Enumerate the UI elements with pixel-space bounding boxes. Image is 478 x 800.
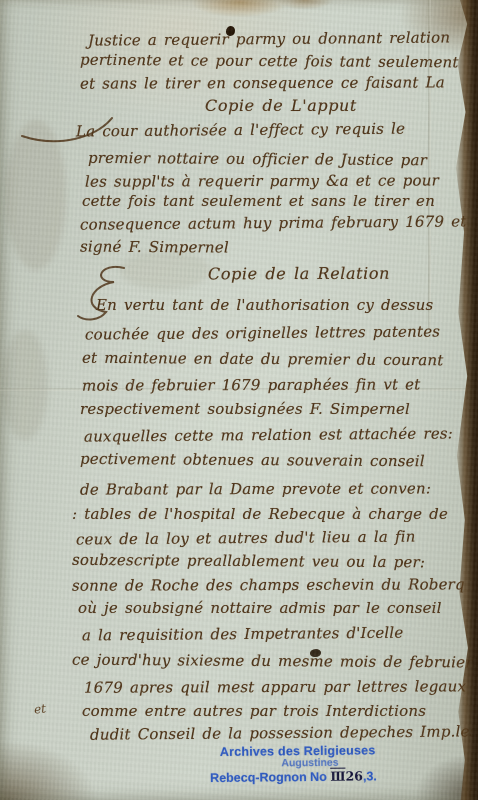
text-line: 1679 apres quil mest apparu par lettres … <box>84 677 466 696</box>
text-line: respectivement soubsignées F. Simpernel <box>80 400 410 418</box>
stamp-line-2: Augustines <box>210 756 410 770</box>
text-line: La cour authorisée a l'effect cy requis … <box>76 120 405 141</box>
text-line: et sans le tirer en consequence ce faisa… <box>80 73 445 92</box>
stamp-number-digits: 26 <box>345 768 363 783</box>
text-line: de Brabant par la Dame prevote et conven… <box>80 479 431 498</box>
text-line: mois de februier 1679 paraphées fin vt e… <box>82 375 421 394</box>
text-line: où je soubsigné nottaire admis par le co… <box>78 599 442 617</box>
text-line: premier nottaire ou officier de Justice … <box>88 149 427 169</box>
manuscript-scan: Justice a requerir parmy ou donnant rela… <box>0 0 478 800</box>
text-line: cette fois tant seulement et sans le tir… <box>82 192 435 210</box>
text-line: couchée que des originelles lettres pate… <box>85 322 440 343</box>
text-line: signé F. Simpernel <box>80 237 229 256</box>
text-line: sonne de Roche des champs eschevin du Ro… <box>72 575 465 594</box>
text-line: soubzescripte preallablement veu ou la p… <box>72 551 425 571</box>
stamp-line-3: Rebecq-Rognon No Ⅲ26,3. <box>210 768 410 785</box>
text-line: pectivement obtenues au souverain consei… <box>80 450 425 470</box>
margin-note: et <box>33 701 46 716</box>
text-line: les suppl'ts à requerir parmy &a et ce p… <box>85 171 439 190</box>
text-line: auxquelles cette ma relation est attaché… <box>84 424 453 445</box>
manuscript-text: Justice a requerir parmy ou donnant rela… <box>0 0 478 800</box>
text-line: a la requisition des Impetrantes d'Icell… <box>82 624 404 645</box>
ink-blot <box>226 26 235 36</box>
stamp-number-roman: Ⅲ <box>330 769 345 784</box>
text-line: Justice a requerir parmy ou donnant rela… <box>88 28 450 49</box>
stamp-number-suffix: ,3. <box>363 769 377 783</box>
text-line: dudit Conseil de la possession depeches … <box>90 722 478 743</box>
ink-blot <box>310 649 321 657</box>
text-line: pertinente et ce pour cette fois tant se… <box>80 51 459 72</box>
section-heading: Copie de la Relation <box>208 264 390 284</box>
section-heading: Copie de L'apput <box>205 96 357 115</box>
text-line: : tables de l'hospital de Rebecque à cha… <box>72 505 448 523</box>
text-line: comme entre autres par trois Interdictio… <box>82 702 426 720</box>
text-line: consequence actum huy prima february 167… <box>80 212 467 233</box>
text-line: ceux de la loy et autres dud't lieu a la… <box>76 528 416 549</box>
stamp-line-3-label: Rebecq-Rognon No <box>210 770 327 785</box>
text-line: ce jourd'huy sixiesme du mesme mois de f… <box>72 651 473 672</box>
text-line: En vertu tant de l'authorisation cy dess… <box>96 296 433 314</box>
text-line: et maintenue en date du premier du coura… <box>82 349 444 370</box>
archive-stamp: Archives des Religieuses Augustines Rebe… <box>210 743 410 785</box>
